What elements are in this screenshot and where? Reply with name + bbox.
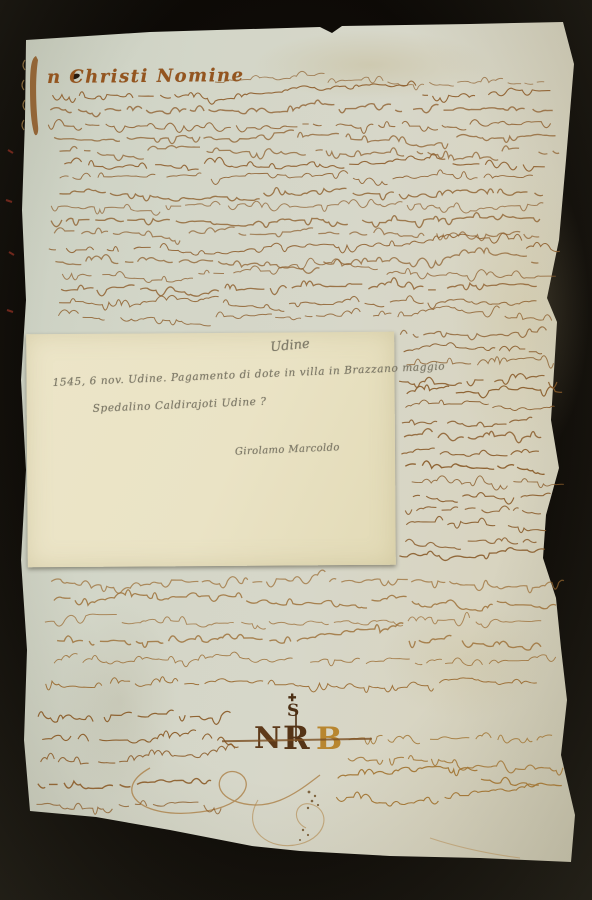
photograph-background: n Christi Nomine Udine 1545, 6 nov. Udin…	[0, 0, 592, 900]
slip-corner-label: Udine	[270, 337, 311, 356]
document-heading: n Christi Nomine	[47, 65, 245, 88]
slip-note-line1: 1545, 6 nov. Udine. Pagamento di dote in…	[52, 361, 445, 389]
monogram-letter-s: S	[287, 701, 299, 721]
slip-note-line2: Spedalino Caldirajoti Udine ?	[93, 396, 267, 415]
notary-monogram: ✚ S N R B	[240, 705, 360, 775]
archivist-slip: Udine 1545, 6 nov. Udine. Pagamento di d…	[26, 332, 396, 568]
archivist-signature: Girolamo Marcoldo	[235, 442, 340, 457]
